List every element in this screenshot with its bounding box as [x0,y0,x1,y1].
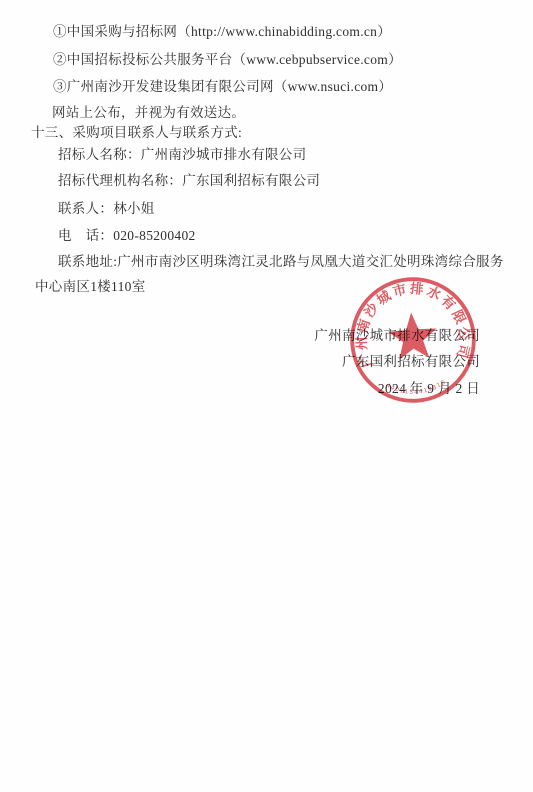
section-heading: 十三、采购项目联系人与联系方式: [31,125,242,140]
publish-site-1: ①中国采购与招标网（http://www.chinabidding.com.cn… [53,24,391,39]
document-page: ①中国采购与招标网（http://www.chinabidding.com.cn… [0,0,533,792]
company-seal: 广州南沙城市排水有限公司 4401154419318 [345,272,482,409]
publish-site-2: ②中国招标投标公共服务平台（www.cebpubservice.com） [53,52,402,67]
contact-person: 联系人：林小姐 [58,201,155,216]
publish-note: 网站上公布，并视为有效送达。 [52,105,245,120]
contact-phone: 电 话：020-85200402 [58,228,196,243]
publish-site-3: ③广州南沙开发建设集团有限公司网（www.nsuci.com） [53,79,392,94]
contact-address-1: 联系地址:广州市南沙区明珠湾江灵北路与凤凰大道交汇处明珠湾综合服务 [58,254,504,269]
contact-address-2: 中心南区1楼110室 [35,279,146,294]
purchaser-name: 招标人名称：广州南沙城市排水有限公司 [58,147,306,162]
agency-name: 招标代理机构名称：广东国利招标有限公司 [58,173,320,188]
seal-star-icon [387,311,439,361]
